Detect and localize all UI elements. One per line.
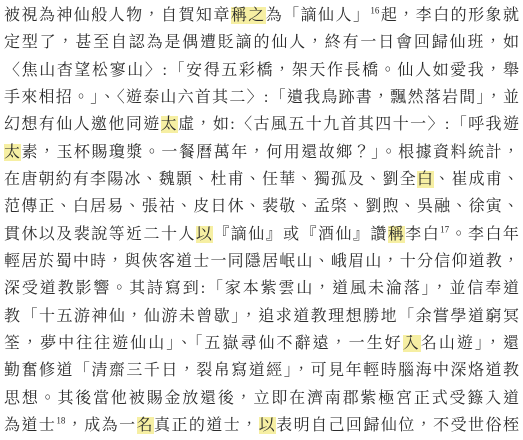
text-line: 為道士18，成為一名真正的道士，以表明自己回歸仙位，不受世俗桎 [4, 412, 519, 439]
highlighted-text: 入 [403, 335, 421, 352]
footnote-marker: 17 [440, 224, 449, 234]
highlighted-text: 稱之 [231, 7, 266, 24]
text-segment: 幻想有仙人邀他同遊 [4, 116, 161, 133]
text-line: 筌，夢中往往遊仙山」、「五嶽尋仙不辭遠，一生好入名山遊」，還 [4, 330, 519, 357]
text-segment: 范傳正、白居易、張祜、皮日休、裴敬、孟棨、劉煦、吳融、徐寅、 [4, 198, 519, 215]
text-line: 范傳正、白居易、張祜、皮日休、裴敬、孟棨、劉煦、吳融、徐寅、 [4, 193, 519, 220]
text-segment: 思想。其後當他被賜金放還後，立即在濟南郡紫極宮正式受籙入道 [4, 390, 519, 407]
text-line: 思想。其後當他被賜金放還後，立即在濟南郡紫極宮正式受籙入道 [4, 385, 519, 412]
text-segment: 真正的道士， [154, 417, 259, 434]
highlighted-text: 稱 [388, 226, 405, 243]
highlighted-text: 白 [417, 171, 434, 188]
text-segment: 名山遊」，還 [421, 335, 519, 352]
text-segment: 表明自己回歸仙位，不受世俗桎 [276, 417, 519, 434]
text-segment: 虛，如:〈古風五十九首其四十一〉:「呼我遊 [178, 116, 519, 133]
text-segment: 、崔成甫、 [434, 171, 519, 188]
document-text: 被視為神仙般人物，自賀知章稱之為「謫仙人」16起，李白的形象就定型了，甚至自認為… [4, 2, 519, 440]
text-segment: 『謫仙』或『酒仙』讚 [213, 226, 387, 243]
text-line: 〈焦山杳望松寥山〉:「安得五彩橋，架天作長橋。仙人如愛我，舉 [4, 57, 519, 84]
text-segment: 被視為神仙般人物，自賀知章 [4, 7, 231, 24]
footnote-marker: 18 [56, 416, 65, 426]
text-line: 定型了，甚至自認為是偶遭貶謫的仙人，終有一日會回歸仙班，如 [4, 29, 519, 56]
text-line: 被視為神仙般人物，自賀知章稱之為「謫仙人」16起，李白的形象就 [4, 2, 519, 29]
text-segment: 手來相招。」、〈遊泰山六首其二〉:「遺我鳥跡書，飄然落岩間」，並 [4, 89, 519, 106]
text-segment: 深受道教影響。其詩寫到:「家本紫雲山，道風未淪落」，並信奉道 [4, 280, 519, 297]
text-segment: 筌，夢中往往遊仙山」、「五嶽尋仙不辭遠，一生好 [4, 335, 403, 352]
text-line: 幻想有仙人邀他同遊太虛，如:〈古風五十九首其四十一〉:「呼我遊 [4, 111, 519, 138]
text-line: 在唐朝約有李陽冰、魏顥、杜甫、任華、獨孤及、劉全白、崔成甫、 [4, 166, 519, 193]
document-page: 被視為神仙般人物，自賀知章稱之為「謫仙人」16起，李白的形象就定型了，甚至自認為… [0, 0, 523, 440]
text-segment: 輕居於蜀中時，與俠客道士一同隱居岷山、峨眉山，十分信仰道教， [4, 253, 519, 270]
highlighted-text: 太 [4, 144, 21, 161]
text-line: 手來相招。」、〈遊泰山六首其二〉:「遺我鳥跡書，飄然落岩間」，並 [4, 84, 519, 111]
text-segment: 為道士 [4, 417, 56, 434]
text-segment: 起，李白的形象就 [379, 7, 519, 24]
highlighted-text: 名 [137, 417, 154, 434]
highlighted-text: 以 [259, 417, 276, 434]
text-segment: ，成為一 [65, 417, 136, 434]
text-line: 輕居於蜀中時，與俠客道士一同隱居岷山、峨眉山，十分信仰道教， [4, 248, 519, 275]
text-segment: 勤奮修道「清齋三千日，裂帛寫道經」，可見年輕時腦海中深烙道教 [4, 362, 519, 379]
text-segment: 李白 [405, 226, 440, 243]
text-segment: 貫休以及裴說等近二十人 [4, 226, 196, 243]
text-line: 深受道教影響。其詩寫到:「家本紫雲山，道風未淪落」，並信奉道 [4, 275, 519, 302]
text-segment: 為「謫仙人」 [266, 7, 371, 24]
highlighted-text: 以 [196, 226, 213, 243]
text-line: 教「十五游神仙，仙游未曾歇」，追求道教理想勝地「余嘗學道窮冥 [4, 303, 519, 330]
text-line: 貫休以及裴說等近二十人以『謫仙』或『酒仙』讚稱李白17。李白年 [4, 221, 519, 248]
text-segment: 。李白年 [449, 226, 519, 243]
text-segment: 〈焦山杳望松寥山〉:「安得五彩橋，架天作長橋。仙人如愛我，舉 [4, 62, 519, 79]
text-segment: 教「十五游神仙，仙游未曾歇」，追求道教理想勝地「余嘗學道窮冥 [4, 308, 519, 325]
highlighted-text: 太 [161, 116, 178, 133]
text-line: 勤奮修道「清齋三千日，裂帛寫道經」，可見年輕時腦海中深烙道教 [4, 357, 519, 384]
text-line: 太素，玉杯賜瓊漿。一餐曆萬年，何用還故鄉？」。根據資料統計， [4, 139, 519, 166]
text-segment: 定型了，甚至自認為是偶遭貶謫的仙人，終有一日會回歸仙班，如 [4, 34, 519, 51]
text-segment: 素，玉杯賜瓊漿。一餐曆萬年，何用還故鄉？」。根據資料統計， [21, 144, 519, 161]
text-segment: 在唐朝約有李陽冰、魏顥、杜甫、任華、獨孤及、劉全 [4, 171, 417, 188]
